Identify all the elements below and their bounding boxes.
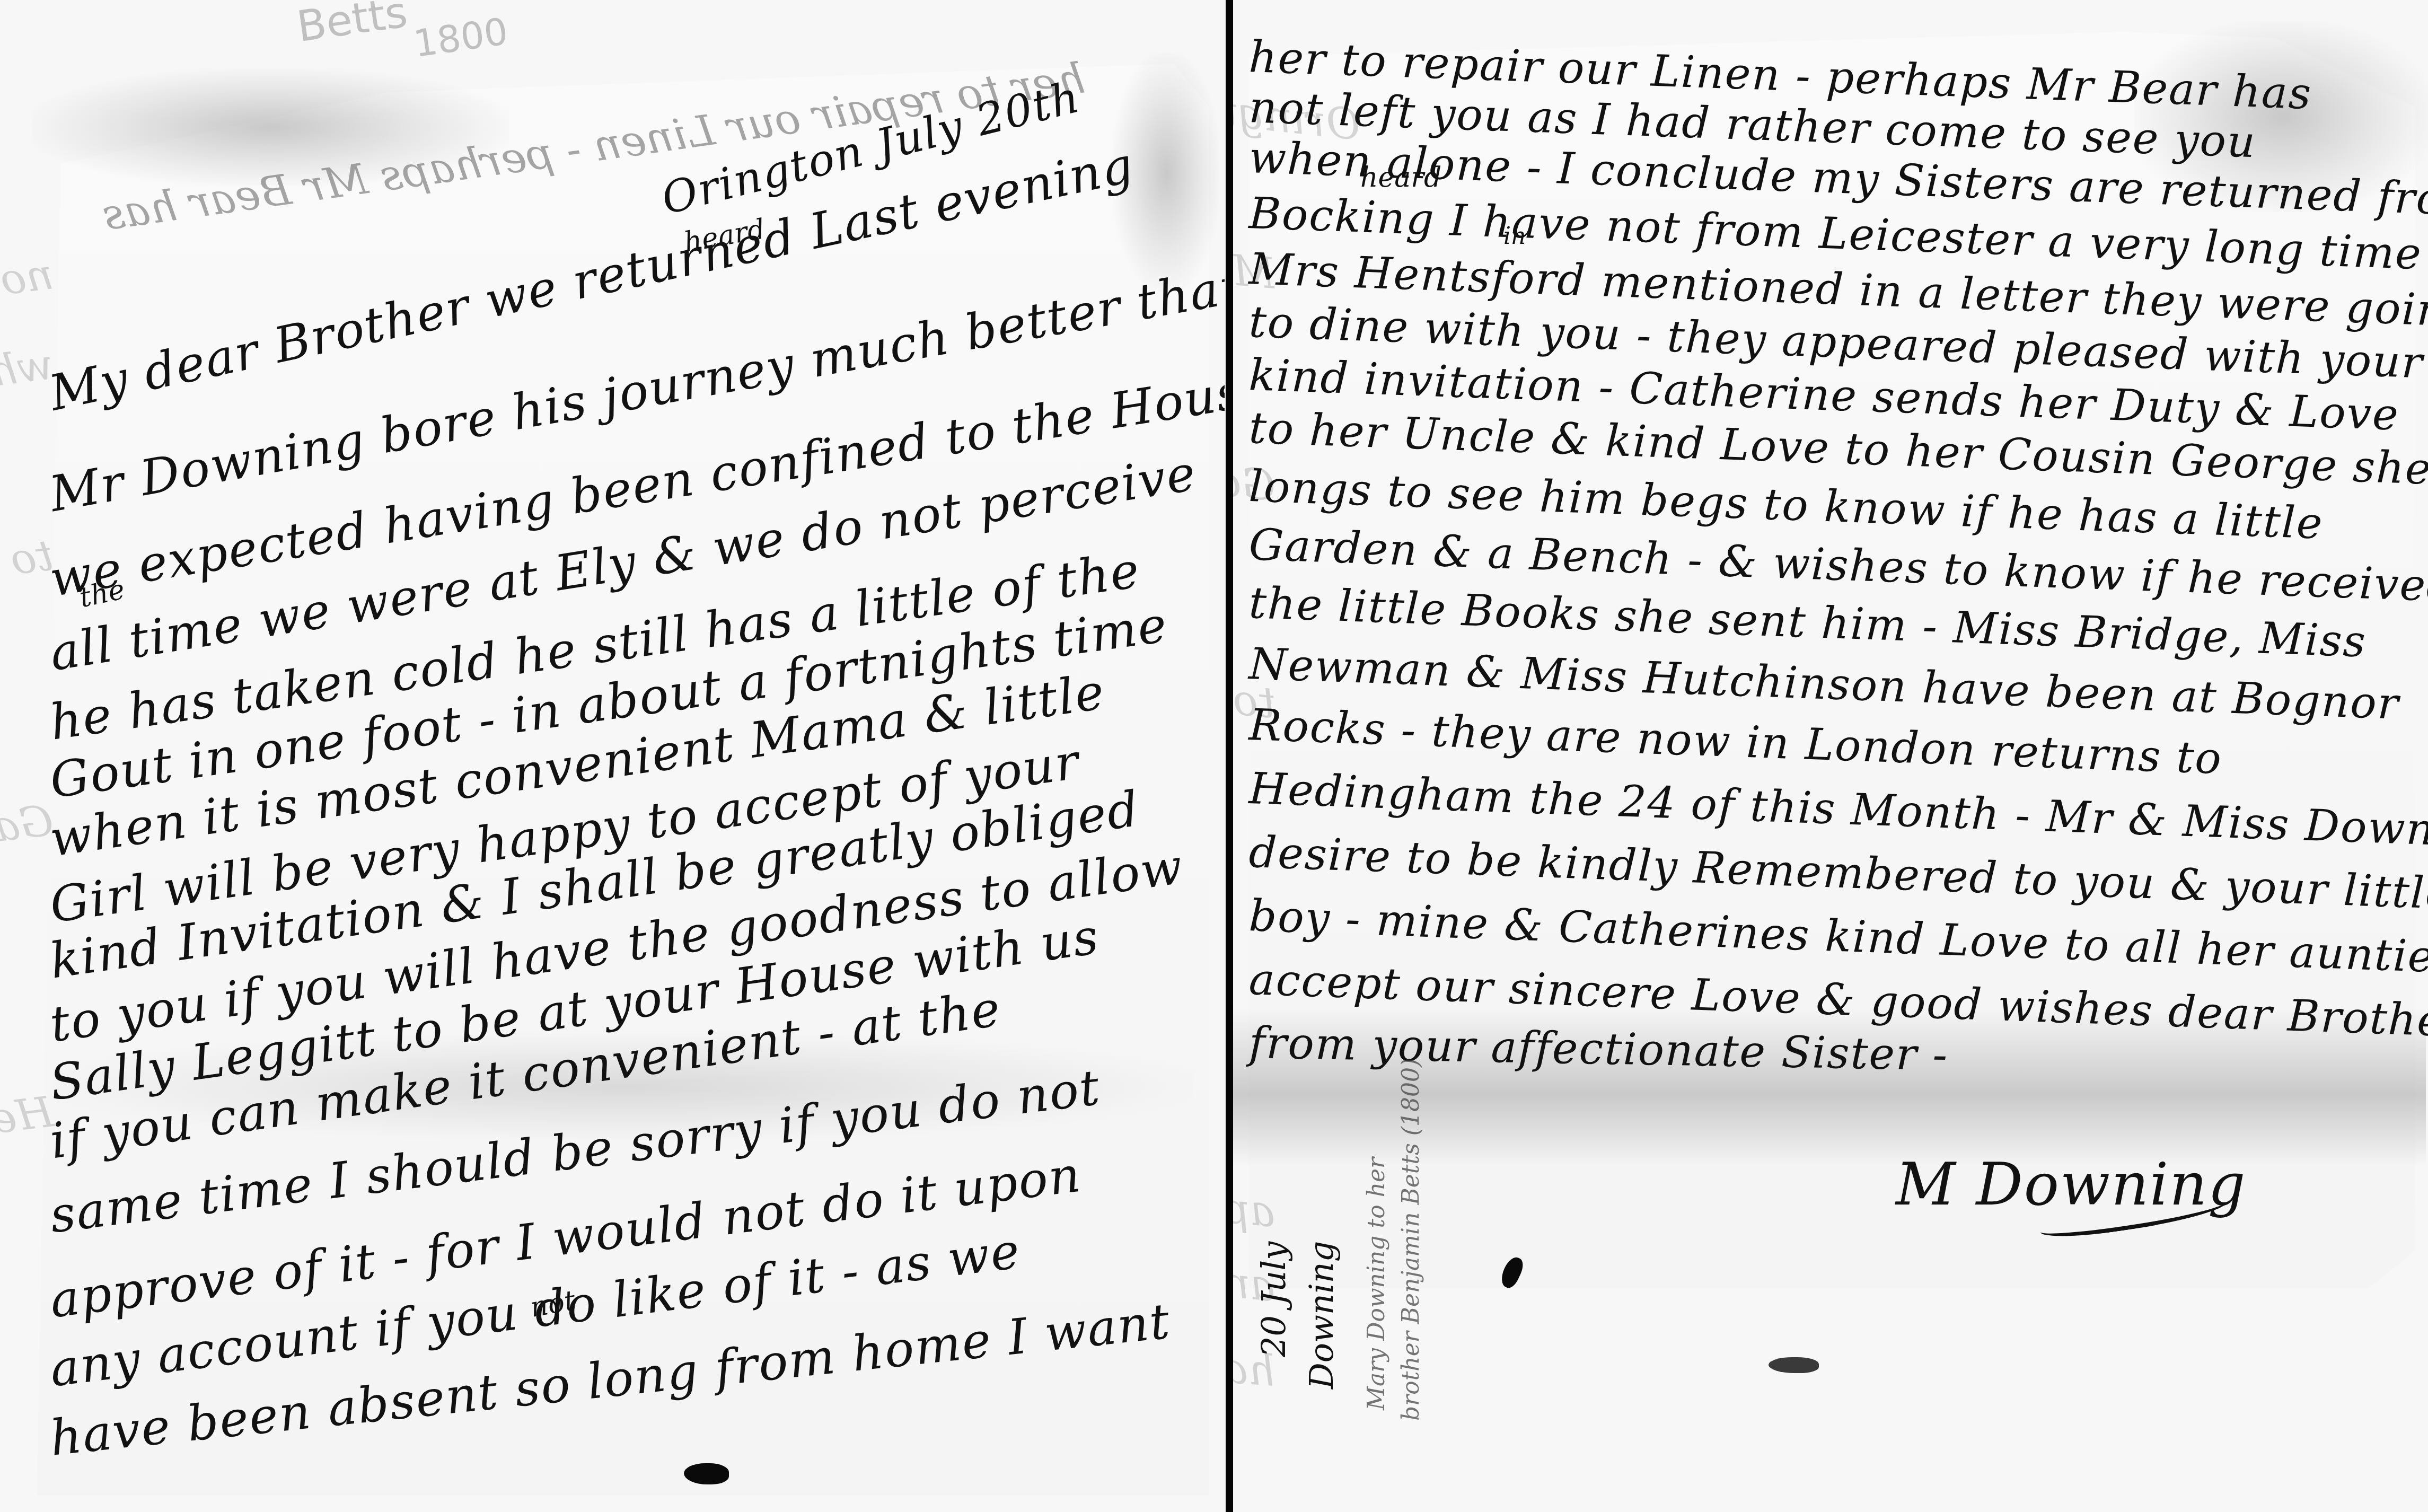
archive-note-year: 1800 xyxy=(411,10,511,66)
page-divider xyxy=(1226,0,1233,1512)
docket-endorsement-date: 20 July xyxy=(1254,1242,1293,1357)
interlinear-insertion: in xyxy=(1503,223,1526,250)
letter-page-right: Orington July 20th Mr Downing bore his j… xyxy=(1233,0,2428,1512)
ink-blot xyxy=(684,1463,729,1484)
archival-pencil-note-line1: Mary Downing to her xyxy=(1363,1157,1390,1410)
letter-page-left: Betts 1800 her to repair our Linen - per… xyxy=(0,0,1225,1512)
interlinear-insertion: heard xyxy=(1360,162,1441,194)
docket-endorsement-name: Downing xyxy=(1302,1241,1341,1389)
archival-pencil-note-line2: brother Benjamin Betts (1800) xyxy=(1397,1058,1424,1421)
archive-note-name: Betts xyxy=(294,0,410,51)
ink-blot xyxy=(1769,1357,1819,1373)
